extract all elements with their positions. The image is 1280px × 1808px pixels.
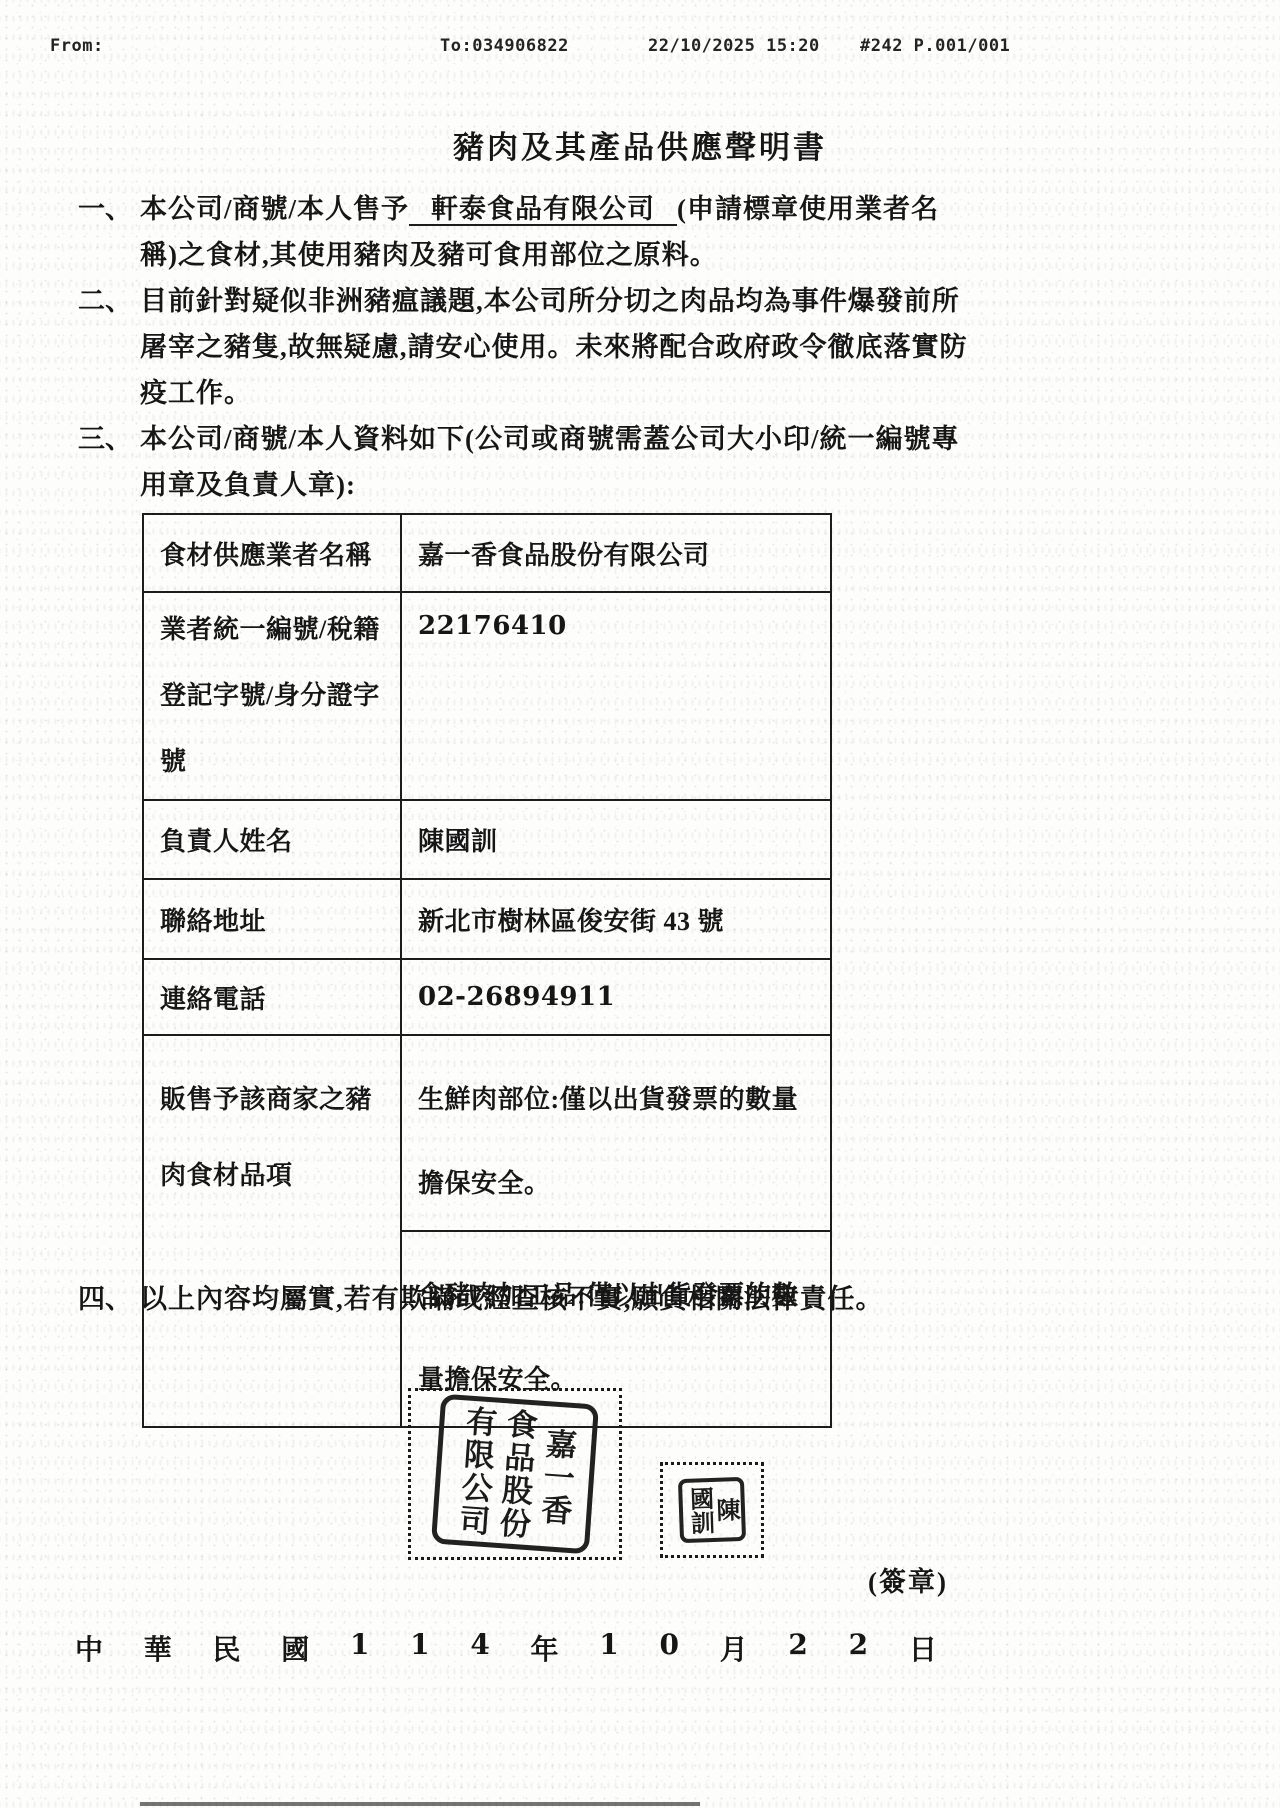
date-char: 1 xyxy=(599,1628,618,1668)
phone-label: 連絡電話 xyxy=(143,959,401,1035)
address-value: 新北市樹林區俊安街 43 號 xyxy=(401,879,831,959)
fax-datetime: 22/10/2025 15:20 xyxy=(648,36,820,56)
phone-value: 02-26894911 xyxy=(401,959,831,1035)
table-row-tax-id: 業者統一編號/稅籍登記字號/身分證字號 22176410 xyxy=(143,592,831,800)
date-char: 年 xyxy=(531,1628,559,1668)
products-fresh-value: 生鮮肉部位:僅以出貨發票的數量擔保安全。 xyxy=(401,1035,831,1231)
date-char: 月 xyxy=(720,1628,748,1668)
date-char: 0 xyxy=(659,1628,678,1668)
table-row-supplier-name: 食材供應業者名稱 嘉一香食品股份有限公司 xyxy=(143,514,831,592)
clause-1-text-before: 本公司/商號/本人售予 xyxy=(140,194,409,224)
clause-1: 一、 本公司/商號/本人售予軒泰食品有限公司(申請標章使用業者名稱)之食材,其使… xyxy=(78,186,970,278)
person-seal-imprint: 陳 國訓 xyxy=(678,1477,746,1543)
owner-name-label: 負責人姓名 xyxy=(143,800,401,879)
clause-2-number: 二、 xyxy=(78,278,140,416)
signature-seal-label: (簽章) xyxy=(868,1560,948,1599)
fax-page-counter: #242 P.001/001 xyxy=(860,36,1010,56)
date-char: 1 xyxy=(410,1628,429,1668)
clause-4: 四、 以上內容均屬實,若有欺瞞或經查核不實,願負相關法律責任。 xyxy=(78,1276,970,1322)
date-char: 國 xyxy=(281,1628,309,1668)
roc-date-line: 中 華 民 國 1 1 4 年 1 0 月 2 2 日 xyxy=(75,1628,937,1668)
company-seal-column-1: 嘉一香 xyxy=(536,1426,575,1527)
date-char: 中 xyxy=(75,1628,103,1668)
tax-id-label: 業者統一編號/稅籍登記字號/身分證字號 xyxy=(143,592,401,800)
clause-1-text: 本公司/商號/本人售予軒泰食品有限公司(申請標章使用業者名稱)之食材,其使用豬肉… xyxy=(140,186,970,278)
date-char: 民 xyxy=(212,1628,240,1668)
products-label: 販售予該商家之豬肉食材品項 xyxy=(143,1035,401,1427)
table-row-address: 聯絡地址 新北市樹林區俊安街 43 號 xyxy=(143,879,831,959)
clause-2-text: 目前針對疑似非洲豬瘟議題,本公司所分切之肉品均為事件爆發前所屠宰之豬隻,故無疑慮… xyxy=(140,278,970,416)
clause-4-number: 四、 xyxy=(78,1276,140,1322)
company-seal-imprint: 嘉一香 食品股份 有限公司 xyxy=(431,1394,599,1555)
date-char: 1 xyxy=(350,1628,369,1668)
person-seal-column-2: 國訓 xyxy=(686,1486,712,1535)
supplier-name-label: 食材供應業者名稱 xyxy=(143,514,401,592)
clause-1-number: 一、 xyxy=(78,186,140,278)
table-row-phone: 連絡電話 02-26894911 xyxy=(143,959,831,1035)
person-seal-column-1: 陳 xyxy=(713,1497,738,1522)
date-char: 2 xyxy=(788,1628,807,1668)
company-seal-column-3: 有限公司 xyxy=(454,1404,496,1538)
date-char: 4 xyxy=(470,1628,489,1668)
company-seal-column-2: 食品股份 xyxy=(494,1407,536,1541)
date-char: 華 xyxy=(144,1628,172,1668)
fax-document-page: From: To:034906822 22/10/2025 15:20 #242… xyxy=(0,0,1280,1808)
table-row-owner-name: 負責人姓名 陳國訓 xyxy=(143,800,831,879)
date-char: 日 xyxy=(909,1628,937,1668)
document-title: 豬肉及其產品供應聲明書 xyxy=(0,122,1280,167)
address-label: 聯絡地址 xyxy=(143,879,401,959)
owner-name-value: 陳國訓 xyxy=(401,800,831,879)
buyer-company-name: 軒泰食品有限公司 xyxy=(409,194,677,226)
clause-3: 三、 本公司/商號/本人資料如下(公司或商號需蓋公司大小印/統一編號專用章及負責… xyxy=(78,416,970,508)
company-seal-stamp: 嘉一香 食品股份 有限公司 xyxy=(408,1388,622,1560)
clause-2: 二、 目前針對疑似非洲豬瘟議題,本公司所分切之肉品均為事件爆發前所屠宰之豬隻,故… xyxy=(78,278,970,416)
date-char: 2 xyxy=(849,1628,868,1668)
fax-from-label: From: xyxy=(50,36,104,56)
clause-3-text: 本公司/商號/本人資料如下(公司或商號需蓋公司大小印/統一編號專用章及負責人章)… xyxy=(140,416,970,508)
tax-id-value: 22176410 xyxy=(401,592,831,800)
fax-to-number: To:034906822 xyxy=(440,36,569,56)
supplier-name-value: 嘉一香食品股份有限公司 xyxy=(401,514,831,592)
scan-artifact-smudge xyxy=(140,1802,700,1806)
clause-3-number: 三、 xyxy=(78,416,140,508)
responsible-person-seal-stamp: 陳 國訓 xyxy=(660,1462,764,1558)
clause-4-text: 以上內容均屬實,若有欺瞞或經查核不實,願負相關法律責任。 xyxy=(140,1276,970,1322)
table-row-products-fresh: 販售予該商家之豬肉食材品項 生鮮肉部位:僅以出貨發票的數量擔保安全。 xyxy=(143,1035,831,1231)
